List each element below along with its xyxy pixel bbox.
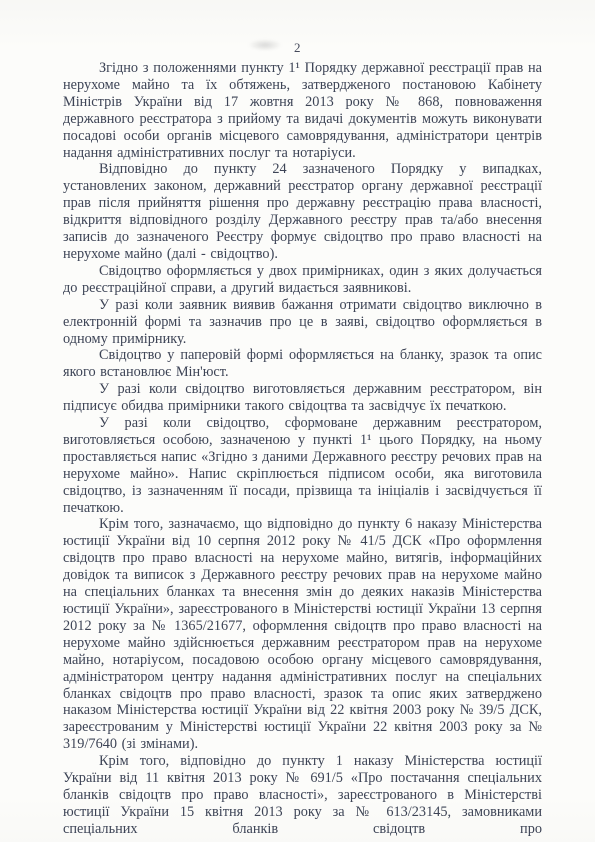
- paragraph-9: Крім того, відповідно до пункту 1 наказу…: [63, 753, 542, 838]
- document-body: Згідно з положеннями пункту 1¹ Порядку д…: [63, 60, 542, 838]
- document-page: 2 Згідно з положеннями пункту 1¹ Порядку…: [0, 0, 595, 842]
- paragraph-4: У разі коли заявник виявив бажання отрим…: [63, 297, 542, 348]
- paragraph-5: Свідоцтво у паперовій формі оформляється…: [63, 347, 542, 381]
- paragraph-8: Крім того, зазначаємо, що відповідно до …: [63, 516, 542, 753]
- paragraph-6: У разі коли свідоцтво виготовляється дер…: [63, 381, 542, 415]
- paragraph-7: У разі коли свідоцтво, сформоване держав…: [63, 415, 542, 516]
- page-number: 2: [0, 40, 595, 56]
- paragraph-2: Відповідно до пункту 24 зазначеного Поря…: [63, 161, 542, 262]
- paragraph-3: Свідоцтво оформляється у двох примірника…: [63, 263, 542, 297]
- paragraph-1: Згідно з положеннями пункту 1¹ Порядку д…: [63, 60, 542, 161]
